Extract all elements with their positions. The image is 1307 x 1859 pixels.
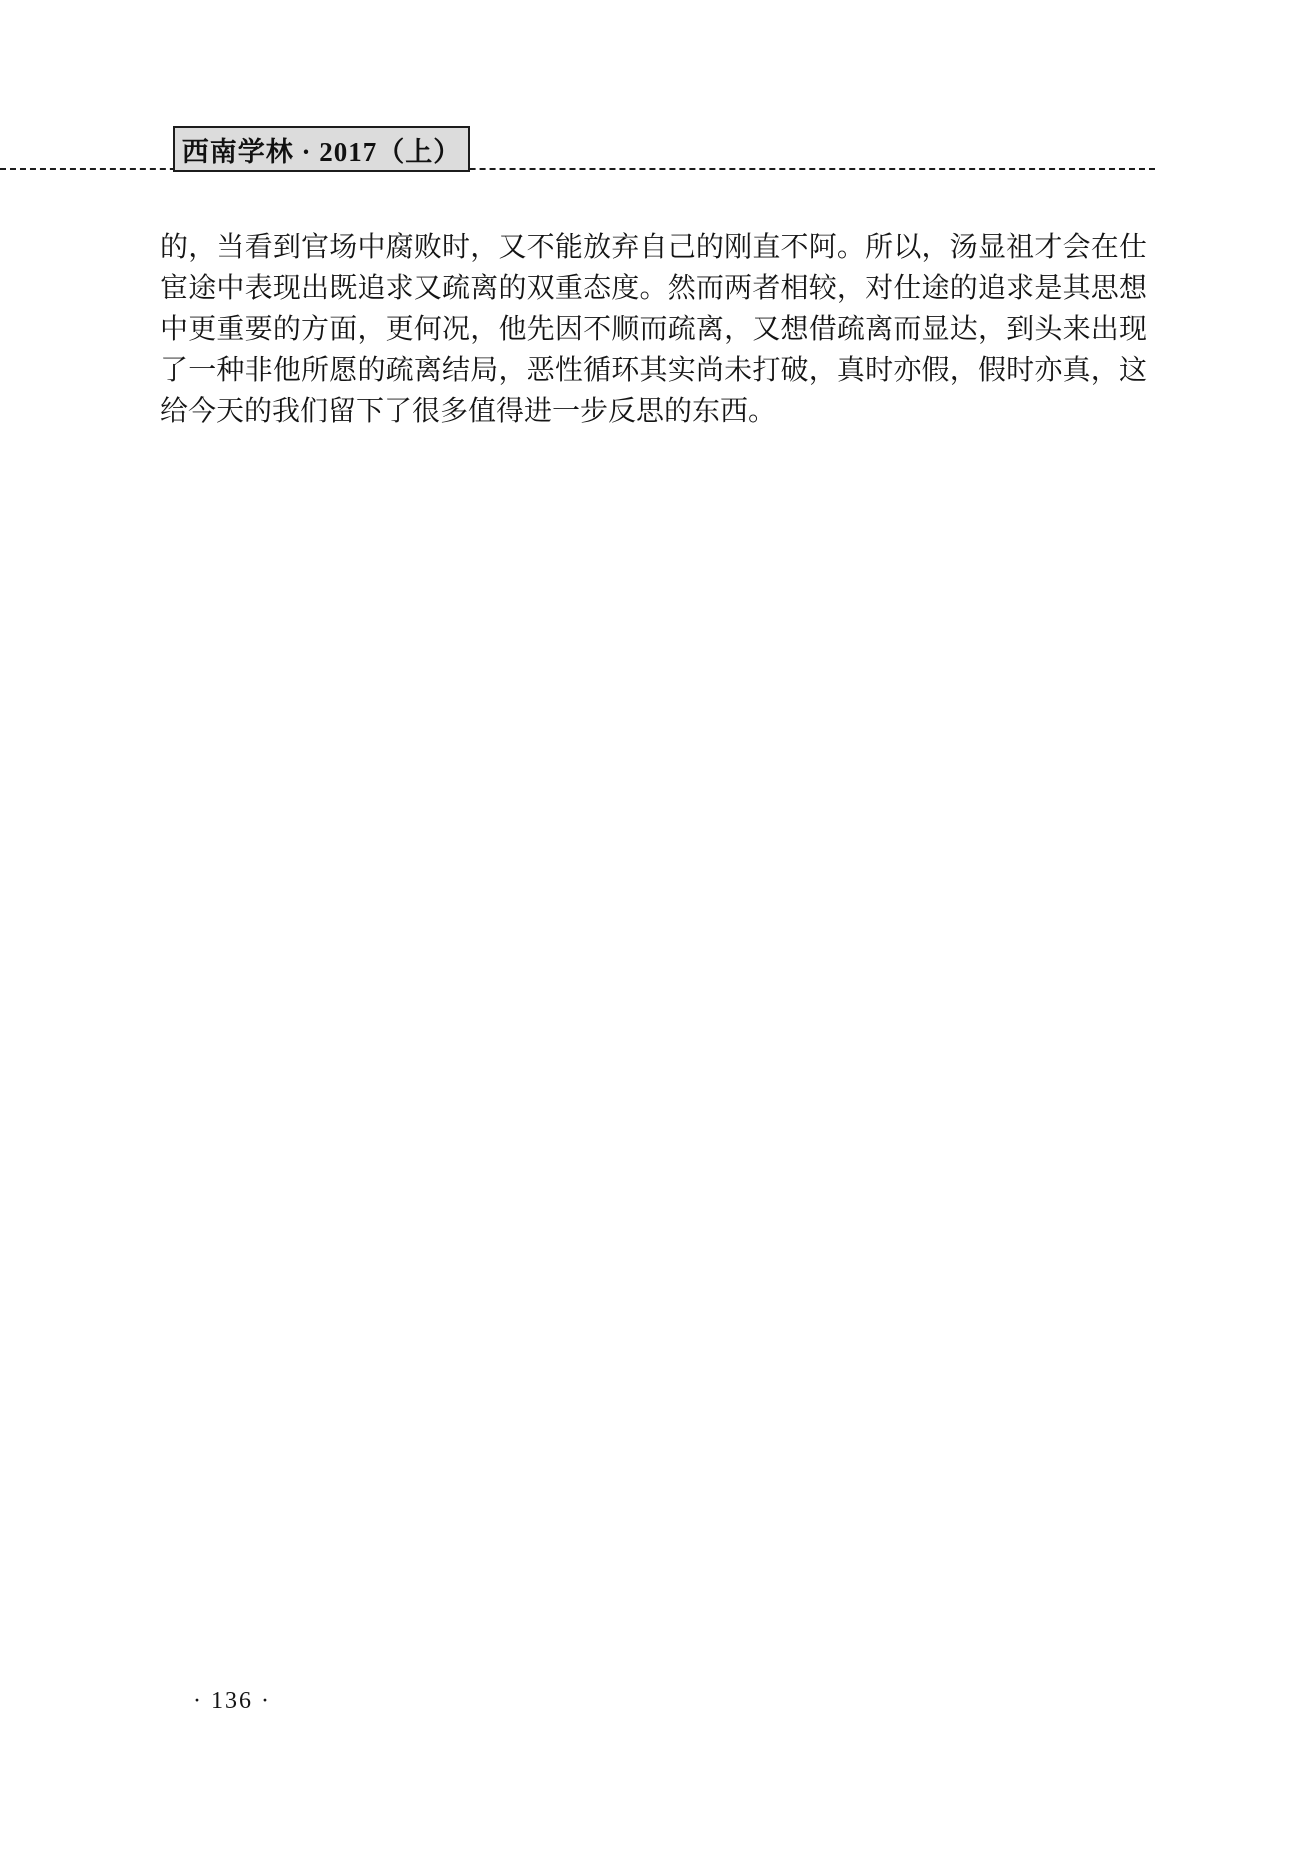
paragraph-line: 了一种非他所愿的疏离结局，恶性循环其实尚未打破，真时亦假，假时亦真，这: [160, 350, 1147, 391]
paragraph-line: 宦途中表现出既追求又疏离的双重态度。然而两者相较，对仕途的追求是其思想: [160, 268, 1147, 309]
page-number: · 136 ·: [193, 1688, 271, 1715]
paragraph-line: 中更重要的方面，更何况，他先因不顺而疏离，又想借疏离而显达，到头来出现: [160, 309, 1147, 350]
journal-title: 西南学林 · 2017（上）: [182, 130, 462, 169]
body-paragraph: 的，当看到官场中腐败时，又不能放弃自己的刚直不阿。所以，汤显祖才会在仕 宦途中表…: [160, 227, 1147, 432]
paragraph-line: 的，当看到官场中腐败时，又不能放弃自己的刚直不阿。所以，汤显祖才会在仕: [160, 227, 1147, 268]
journal-header-badge: 西南学林 · 2017（上）: [173, 126, 470, 172]
document-page: 西南学林 · 2017（上） 的，当看到官场中腐败时，又不能放弃自己的刚直不阿。…: [0, 0, 1307, 1859]
paragraph-line: 给今天的我们留下了很多值得进一步反思的东西。: [160, 391, 1147, 432]
